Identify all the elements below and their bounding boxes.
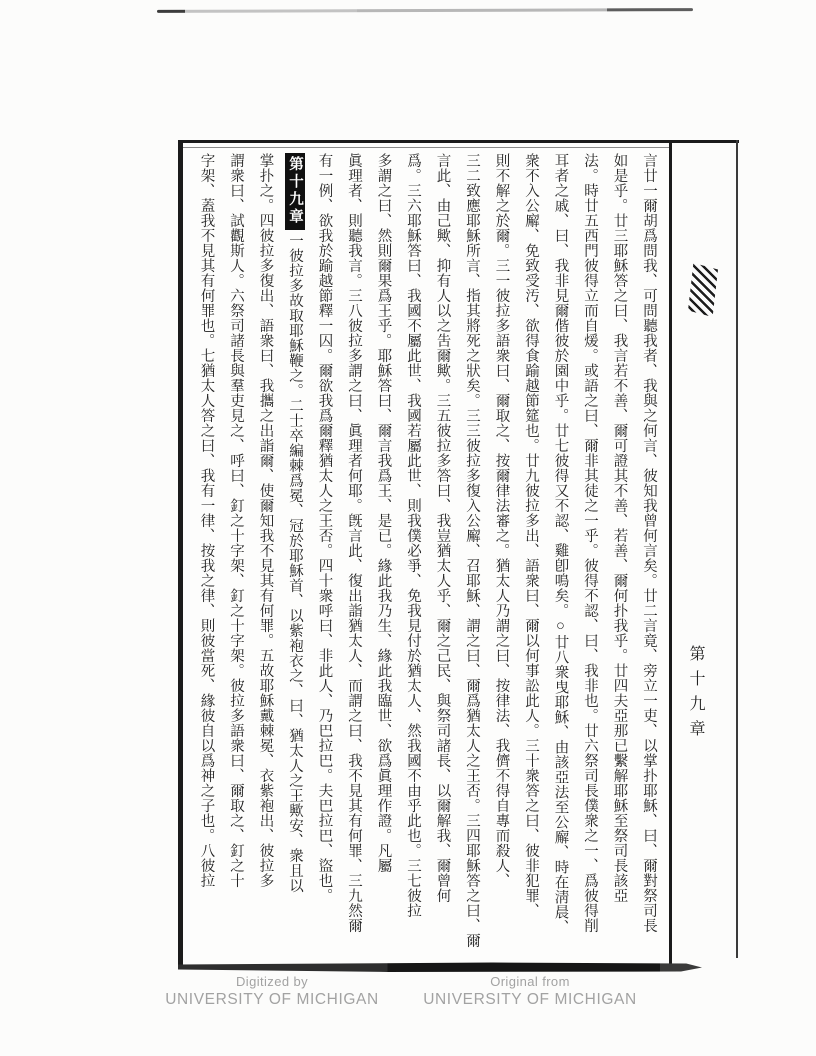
running-head-chapter: 第十九章 — [684, 645, 707, 745]
text-column-10: 多謂之曰、然則爾果爲王乎。耶穌答曰、爾言我爲王、是已。緣此我乃生、緣此我臨世、欲… — [368, 153, 398, 957]
text-column-15: 謂衆曰、試觀斯人。六祭司諸長與羣吏見之、呼曰、釘之十字架、釘之十字架。彼拉多語衆… — [221, 153, 251, 957]
margin-right-border — [736, 140, 738, 958]
original-from-institution: UNIVERSITY OF MICHIGAN — [400, 991, 660, 1009]
column-13-text: 一彼拉多故取耶穌鞭之。二士卒編棘爲冕、冠於耶穌首、以紫袍衣之、曰、猶太人之王歟安… — [287, 233, 303, 893]
text-column-13: 第十九章一彼拉多故取耶穌鞭之。二士卒編棘爲冕、冠於耶穌首、以紫袍衣之、曰、猶太人… — [280, 153, 310, 957]
text-column-1: 言廿一爾胡爲問我、可問聽我者、我與之何言、彼知我曾何言矣。廿二言竟、旁立一吏、以… — [634, 153, 664, 957]
text-frame: 言廿一爾胡爲問我、可問聽我者、我與之何言、彼知我曾何言矣。廿二言竟、旁立一吏、以… — [178, 140, 672, 968]
text-column-7: 三二致應耶穌所言、指其將死之狀矣。三三彼拉多復入公廨、召耶穌、謂之曰、爾爲猶太人… — [457, 153, 487, 957]
hatched-stamp-mark — [688, 263, 718, 317]
text-column-12: 有一例、欲我於踰越節釋一囚。爾欲我爲爾釋猶太人之王否。四十衆呼曰、非此人、乃巴拉… — [309, 153, 339, 957]
digitized-by-institution: UNIVERSITY OF MICHIGAN — [142, 991, 402, 1009]
text-columns: 言廿一爾胡爲問我、可問聽我者、我與之何言、彼知我曾何言矣。廿二言竟、旁立一吏、以… — [189, 153, 663, 957]
text-column-6: 則不解之於爾。三一彼拉多語衆曰、爾取之、按爾律法審之。猶太人乃謂之曰、按律法、我… — [486, 153, 516, 957]
digitized-by-block: Digitized by UNIVERSITY OF MICHIGAN — [142, 974, 402, 1009]
original-from-block: Original from UNIVERSITY OF MICHIGAN — [400, 974, 660, 1009]
text-column-11: 眞理者、則聽我言。三八彼拉多謂之曰、眞理者何耶。旣言此、復出詣猶太人、而謂之曰、… — [339, 153, 369, 957]
text-column-8: 言此、由己歟、抑有人以之吿爾歟。三五彼拉多答曰、我豈猶太人乎、爾之己民、與祭司諸… — [427, 153, 457, 957]
scanned-page: 言廿一爾胡爲問我、可問聽我者、我與之何言、彼知我曾何言矣。廿二言竟、旁立一吏、以… — [0, 0, 816, 1056]
digitized-by-label: Digitized by — [142, 974, 402, 989]
text-column-2: 如是乎。廿三耶穌答之曰、我言若不善、爾可證其不善、若善、爾何扑我乎。廿四夫亞那已… — [604, 153, 634, 957]
frame-inner-rule — [183, 147, 669, 148]
attribution-footer: Digitized by UNIVERSITY OF MICHIGAN Orig… — [0, 972, 816, 1032]
text-column-5: 衆不入公廨、免致受汚、欲得食踰越節筵也。廿九彼拉多出、語衆曰、爾以何事訟此人。三… — [516, 153, 546, 957]
chapter-heading: 第十九章 — [285, 153, 305, 230]
text-column-14: 掌扑之。四彼拉多復出、語衆曰、我攜之出詣爾、使爾知我不見其有何罪。五故耶穌戴棘冕… — [250, 153, 280, 957]
text-column-4: 耳者之戚、曰、我非見爾偕彼於園中乎。廿七彼得又不認、雞卽鳴矣。○廿八衆曳耶穌、由… — [545, 153, 575, 957]
text-column-16: 字架、蓋我不見其有何罪也。七猶太人答之曰、我有一律、按我之律、則彼當死、緣彼自以… — [191, 153, 221, 957]
margin-top-border — [672, 140, 739, 143]
text-column-9: 爲。三六耶穌答曰、我國不屬此世、我國若屬此世、則我僕必爭、免我見付於猶太人、然我… — [398, 153, 428, 957]
text-column-3: 法。時廿五西門彼得立而自煖。或語之曰、爾非其徒之一乎。彼得不認、曰、我非也。廿六… — [575, 153, 605, 957]
original-from-label: Original from — [400, 974, 660, 989]
scan-artifact-top-line — [157, 8, 693, 13]
